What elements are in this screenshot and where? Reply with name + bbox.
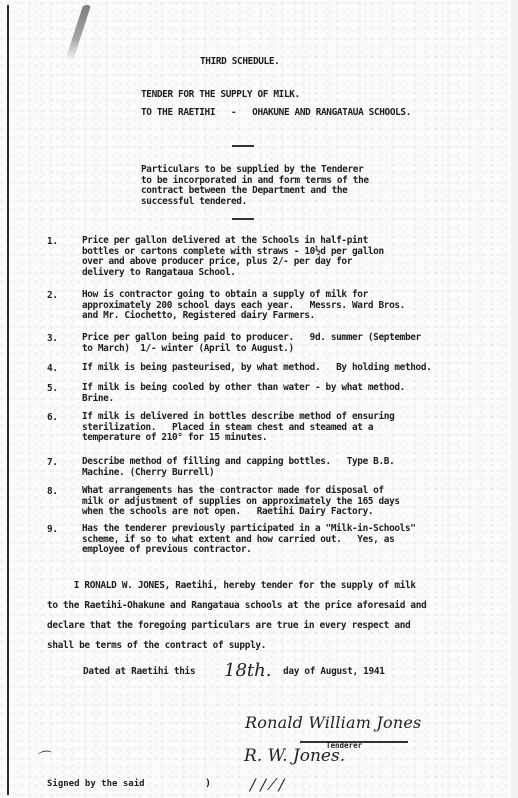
item-number: 9. — [47, 524, 58, 535]
right-page-edge — [511, 0, 518, 798]
witness-mark: ⌒ — [35, 747, 52, 769]
partial-signature: / / ⁄ / — [250, 775, 284, 794]
item-number: 1. — [47, 236, 58, 247]
item-number: 6. — [47, 412, 58, 423]
separator-rule — [232, 145, 254, 147]
item-text: How is contractor going to obtain a supp… — [82, 290, 405, 322]
item-text: If milk is being pasteurised, by what me… — [82, 363, 431, 374]
intro-paragraph: Particulars to be supplied by the Tender… — [141, 165, 369, 207]
left-edge-rule — [7, 5, 9, 795]
separator-rule — [232, 218, 254, 220]
tenderer-signature: Ronald William Jones — [245, 713, 421, 732]
schedule-title: THIRD SCHEDULE. — [200, 57, 279, 68]
item-text: If milk is being cooled by other than wa… — [82, 383, 405, 404]
handwritten-day: 18th. — [224, 660, 271, 681]
declaration-paragraph: I RONALD W. JONES, Raetihi, hereby tende… — [47, 576, 426, 656]
document-page: THIRD SCHEDULE. TENDER FOR THE SUPPLY OF… — [0, 0, 518, 798]
item-text: If milk is delivered in bottles describe… — [82, 412, 394, 444]
item-number: 5. — [47, 383, 58, 394]
brace-mark: ) — [205, 778, 211, 789]
ink-smudge — [65, 5, 91, 61]
item-number: 8. — [47, 486, 58, 497]
item-text: What arrangements has the contractor mad… — [82, 486, 400, 518]
schools-heading: TO THE RAETIHI - OHAKUNE AND RANGATAUA S… — [141, 108, 411, 119]
item-text: Price per gallon being paid to producer.… — [82, 333, 421, 354]
item-text: Describe method of filling and capping b… — [82, 457, 394, 478]
item-number: 7. — [47, 457, 58, 468]
item-text: Price per gallon delivered at the School… — [82, 236, 384, 278]
initials-signature: R. W. Jones. — [244, 746, 345, 766]
item-number: 3. — [47, 333, 58, 344]
item-number: 4. — [47, 363, 58, 374]
dated-prefix: Dated at Raetihi this — [83, 666, 195, 677]
dated-suffix: day of August, 1941 — [283, 666, 385, 677]
item-text: Has the tenderer previously participated… — [82, 524, 416, 556]
tender-heading: TENDER FOR THE SUPPLY OF MILK. — [141, 90, 300, 101]
item-number: 2. — [47, 290, 58, 301]
signed-by-label: Signed by the said — [47, 779, 145, 789]
